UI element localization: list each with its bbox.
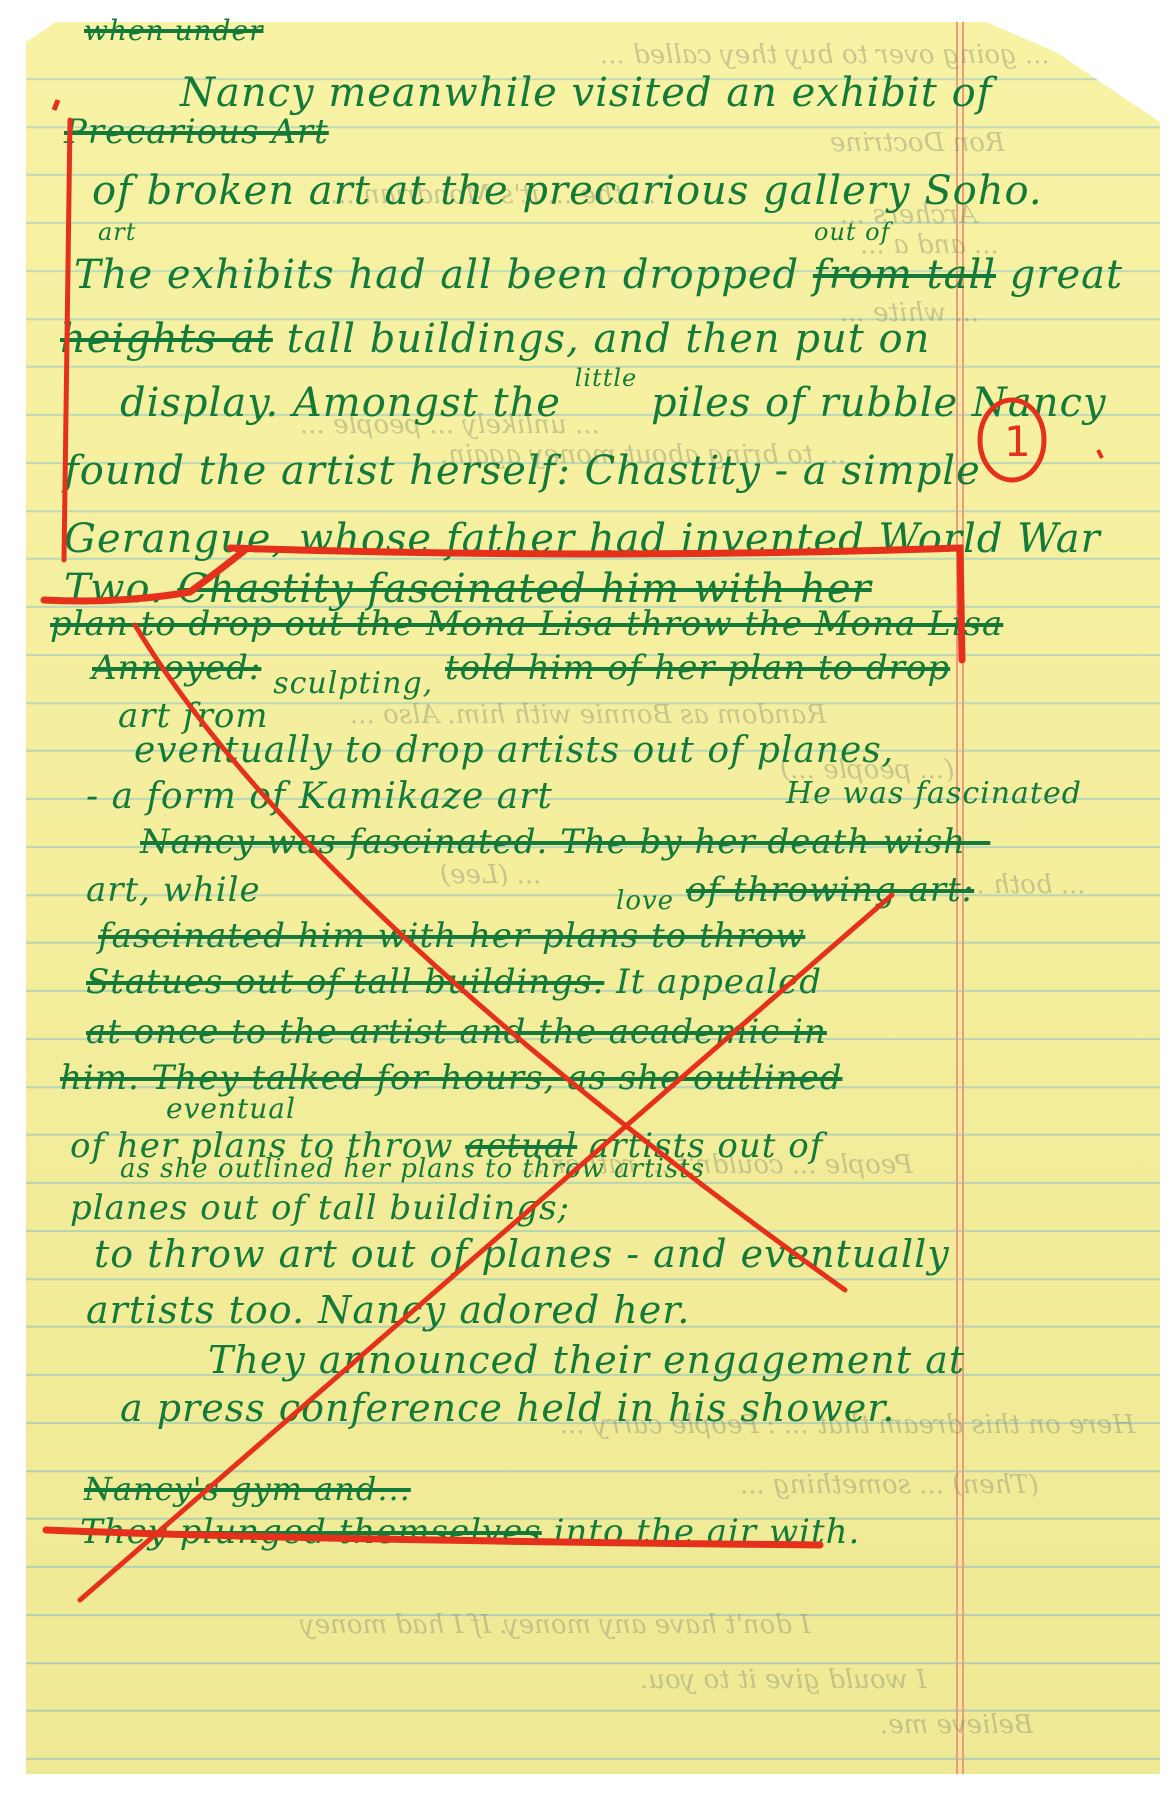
struck-text: Precarious Art: [64, 112, 329, 152]
manuscript-line: fascinated him with her plans to throw: [98, 916, 805, 956]
insertion: out of: [814, 218, 891, 246]
manuscript-line: eventually to drop artists out of planes…: [134, 730, 894, 771]
manuscript-line: Gerangue, whose father had invented Worl…: [64, 516, 1101, 562]
manuscript-line: when under: [84, 14, 263, 47]
line-text: tall buildings, and then put on: [287, 316, 931, 362]
line-text: display. Amongst the: [120, 380, 561, 426]
line-text: The exhibits had all been dropped: [74, 252, 799, 298]
manuscript-line: display. Amongst the little piles of rub…: [120, 380, 1107, 426]
manuscript-line: to throw art out of planes - and eventua…: [94, 1232, 950, 1276]
line-text: great: [1010, 252, 1123, 298]
insertion: art: [98, 218, 136, 246]
bleedthrough-text: ... going over to buy they called ...: [600, 40, 1050, 70]
manuscript-line: Nancy was fascinated. The by her death-w…: [140, 822, 990, 862]
manuscript-line: at once to the artist and the academic i…: [86, 1012, 827, 1052]
insertion: sculpting,: [273, 666, 433, 701]
manuscript-line: Precarious Art: [64, 112, 329, 152]
manuscript-line: heights at tall buildings, and then put …: [60, 316, 930, 362]
manuscript-line: Nancy meanwhile visited an exhibit of: [180, 70, 992, 116]
manuscript-line: Nancy's gym and...: [84, 1470, 411, 1508]
struck-text: when under: [84, 14, 263, 47]
manuscript-line: They announced their engagement at: [208, 1338, 965, 1382]
line-text: planes out of tall buildings;: [70, 1188, 570, 1228]
manuscript-line: found the artist herself: Chastity - a s…: [64, 448, 981, 494]
manuscript-line: artists too. Nancy adored her.: [86, 1288, 690, 1332]
bleedthrough-text: Believe me.: [880, 1710, 1033, 1740]
manuscript-line: - a form of Kamikaze art He was fascinat…: [86, 776, 553, 817]
struck-text: of throwing art:: [686, 870, 974, 910]
bleedthrough-text: ... (Lee): [440, 860, 541, 890]
manuscript-line: plan to drop out the Mona Lisa throw the…: [50, 604, 1003, 644]
struck-text: Statues out of tall buildings.: [86, 962, 604, 1002]
struck-text: They plunged themselves: [80, 1512, 542, 1552]
bleedthrough-text: Random as Bonnie with him. Also ...: [350, 700, 826, 730]
manuscript-line: of broken art at the precarious gallery …: [92, 168, 1043, 214]
line-text: art, while: [86, 870, 261, 910]
struck-text: heights at: [60, 316, 273, 362]
manuscript-line: a press conference held in his shower.: [120, 1386, 895, 1430]
struck-text: plan to drop out the Mona Lisa throw the…: [50, 604, 1003, 644]
struck-text: Annoyed:: [92, 648, 261, 688]
struck-text: fascinated him with her plans to throw: [98, 916, 805, 956]
bleedthrough-text: (Then) ... something ...: [740, 1470, 1039, 1500]
bleedthrough-text: ... both ...: [960, 870, 1086, 900]
manuscript-line: Statues out of tall buildings. It appeal…: [86, 962, 822, 1002]
manuscript-line: art, while love of throwing art:: [86, 870, 261, 910]
line-text: It appealed: [616, 962, 822, 1002]
insertion: love: [616, 886, 674, 916]
insertion: eventual: [166, 1092, 296, 1125]
insertion: as she outlined her plans to throw artis…: [120, 1154, 705, 1184]
line-text: He was fascinated: [786, 776, 1082, 811]
bleedthrough-text: I don't have any money. If I had money: [300, 1610, 810, 1640]
manuscript-line: planes out of tall buildings; as she out…: [70, 1188, 570, 1228]
struck-text: told him of her plan to drop: [445, 648, 950, 688]
line-text: piles of rubble Nancy: [651, 380, 1107, 426]
manuscript-line: art The exhibits had all been dropped ou…: [74, 252, 1123, 298]
bleedthrough-text: Ron Doctrine: [830, 128, 1005, 158]
struck-text: from tall: [813, 252, 996, 298]
struck-text: at once to the artist and the academic i…: [86, 1012, 827, 1052]
struck-text: Nancy's gym and...: [84, 1470, 411, 1508]
bleedthrough-text: I would give it to you.: [640, 1665, 926, 1695]
manuscript-line: They plunged themselves into the air wit…: [80, 1512, 860, 1552]
struck-text: Nancy was fascinated. The by her death-w…: [140, 822, 990, 862]
insertion: little: [575, 364, 638, 392]
line-text: - a form of Kamikaze art: [86, 776, 553, 817]
line-text: into the air with.: [554, 1512, 861, 1552]
manuscript-line: Annoyed: sculpting, told him of her plan…: [92, 648, 950, 688]
